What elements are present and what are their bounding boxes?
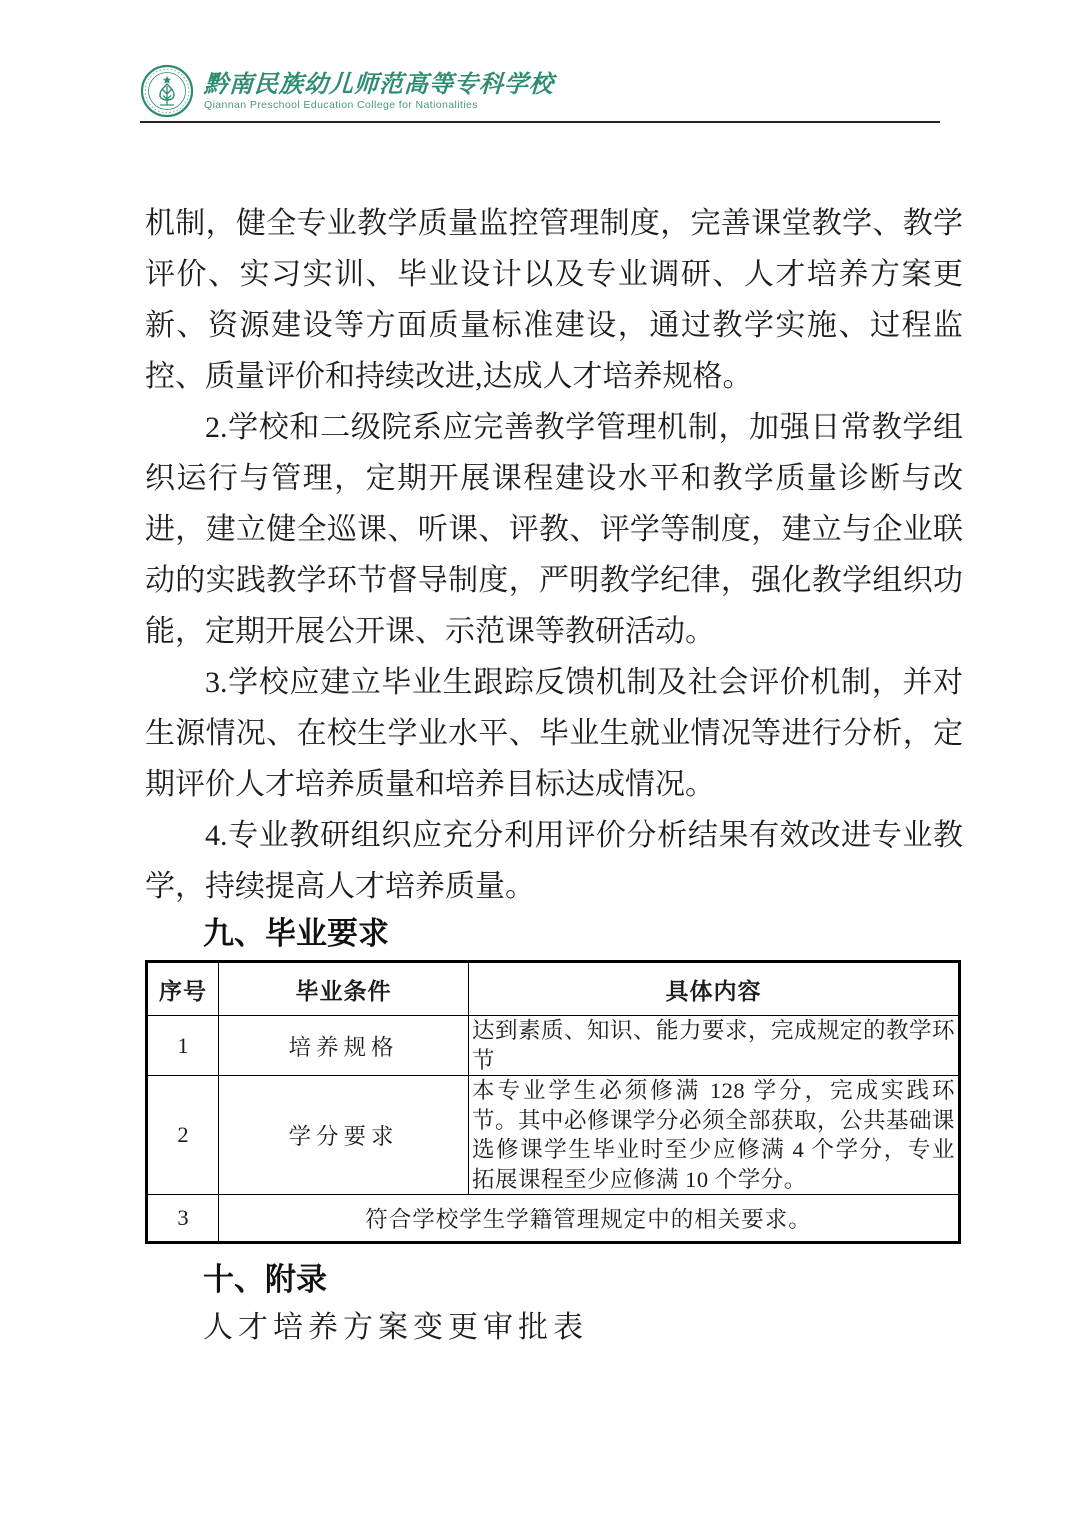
letterhead: 黔南民族幼儿师范高等专科学校 Qiannan Preschool Educati…	[140, 64, 554, 118]
paragraph-evaluation-improvement: 4.专业教研组织应充分利用评价分析结果有效改进专业教学，持续提高人才培养质量。	[145, 810, 963, 912]
header-divider-line	[140, 121, 940, 123]
column-header-detail: 具体内容	[469, 962, 960, 1016]
row3-number: 3	[147, 1195, 219, 1243]
table-row-training-spec: 1 培养规格 达到素质、知识、能力要求，完成规定的教学环节	[147, 1016, 960, 1076]
row2-number: 2	[147, 1076, 219, 1195]
table-row-credit-requirement: 2 学分要求 本专业学生必须修满 128 学分，完成实践环节。其中必修课学分必须…	[147, 1076, 960, 1195]
section-title-appendix: 十、附录	[145, 1260, 963, 1300]
row3-merged-detail: 符合学校学生学籍管理规定中的相关要求。	[219, 1195, 960, 1243]
school-seal-icon	[140, 64, 194, 118]
graduation-requirements-table: 序号 毕业条件 具体内容 1 培养规格 达到素质、知识、能力要求，完成规定的教学…	[145, 960, 961, 1244]
row1-number: 1	[147, 1016, 219, 1076]
column-header-condition: 毕业条件	[219, 962, 469, 1016]
appendix-line-change-approval-form: 人才培养方案变更审批表	[145, 1306, 963, 1350]
table-row-student-status: 3 符合学校学生学籍管理规定中的相关要求。	[147, 1195, 960, 1243]
row1-condition: 培养规格	[219, 1016, 469, 1076]
column-header-no: 序号	[147, 962, 219, 1016]
table-header-row: 序号 毕业条件 具体内容	[147, 962, 960, 1016]
school-name-english: Qiannan Preschool Education College for …	[204, 98, 554, 112]
paragraph-graduate-tracking: 3.学校应建立毕业生跟踪反馈机制及社会评价机制，并对生源情况、在校生学业水平、毕…	[145, 657, 963, 810]
school-name-block: 黔南民族幼儿师范高等专科学校 Qiannan Preschool Educati…	[204, 70, 554, 112]
document-body: 机制，健全专业教学质量监控管理制度，完善课堂教学、教学评价、实习实训、毕业设计以…	[145, 198, 963, 1350]
paragraph-teaching-management: 2.学校和二级院系应完善教学管理机制，加强日常教学组织运行与管理，定期开展课程建…	[145, 402, 963, 657]
row2-condition: 学分要求	[219, 1076, 469, 1195]
paragraph-quality-mechanism: 机制，健全专业教学质量监控管理制度，完善课堂教学、教学评价、实习实训、毕业设计以…	[145, 198, 963, 402]
row1-detail: 达到素质、知识、能力要求，完成规定的教学环节	[469, 1016, 960, 1076]
school-name-chinese: 黔南民族幼儿师范高等专科学校	[203, 70, 554, 98]
document-page: 黔南民族幼儿师范高等专科学校 Qiannan Preschool Educati…	[0, 0, 1074, 1520]
row2-detail: 本专业学生必须修满 128 学分，完成实践环节。其中必修课学分必须全部获取，公共…	[469, 1076, 960, 1195]
section-title-graduation-requirements: 九、毕业要求	[145, 914, 963, 954]
